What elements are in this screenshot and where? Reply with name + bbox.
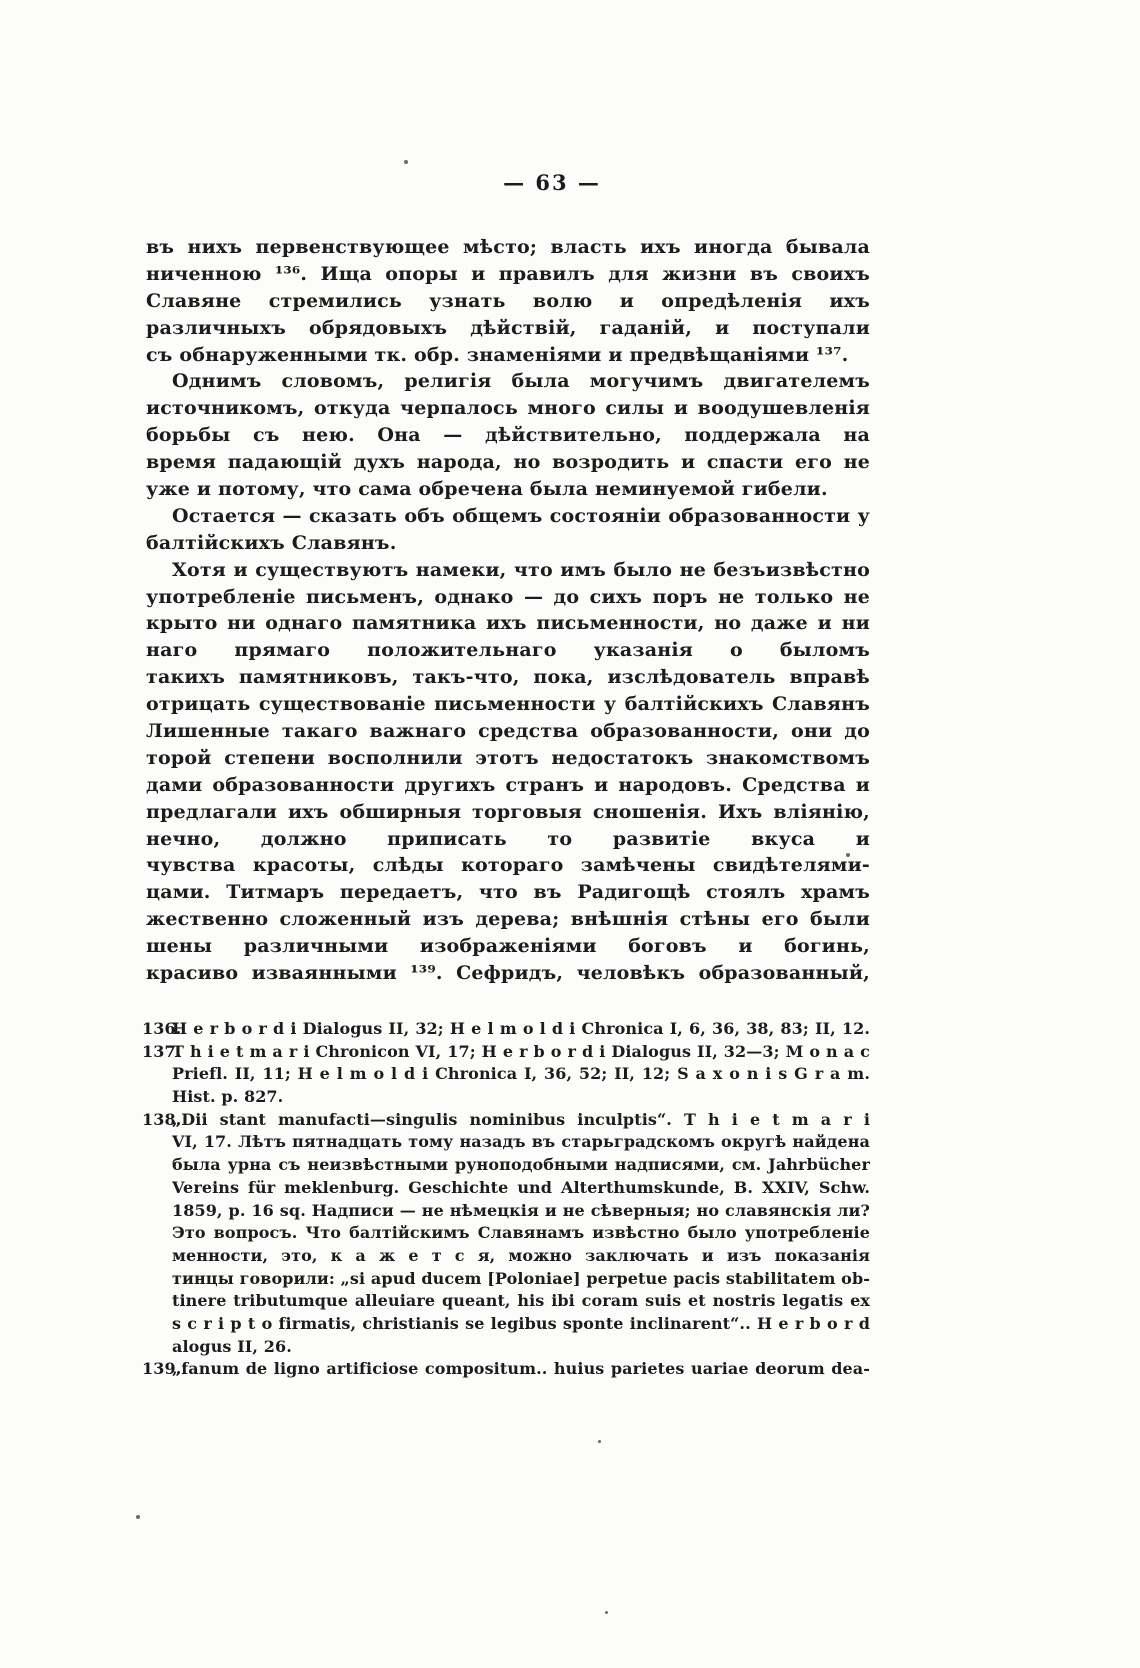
footnote-line: alogus II, 26. bbox=[172, 1336, 870, 1359]
text-line: жественно сложенный изъ дерева; внѣшнія … bbox=[146, 906, 870, 933]
paragraph: въ нихъ первенствующее мѣсто; власть ихъ… bbox=[146, 234, 870, 368]
scan-speck bbox=[846, 853, 850, 857]
text-line: нечно, должно приписать то развитіе вкус… bbox=[146, 826, 870, 853]
page-number-header: — 63 — bbox=[503, 170, 601, 195]
footnote-number: 139. bbox=[142, 1358, 181, 1381]
text-line: Хотя и существуютъ намеки, что имъ было … bbox=[146, 557, 870, 584]
footnote-line: H e r b o r d i Dialogus II, 32; H e l m… bbox=[172, 1018, 870, 1041]
scan-speck bbox=[136, 1515, 140, 1519]
text-line: отрицать существованіе письменности у ба… bbox=[146, 691, 870, 718]
text-line: Славяне стремились узнать волю и опредѣл… bbox=[146, 288, 870, 315]
scan-speck bbox=[404, 160, 408, 164]
scanned-book-page: — 63 — въ нихъ первенствующее мѣсто; вла… bbox=[0, 0, 1140, 1668]
footnote-line: „fanum de ligno artificiose compositum..… bbox=[172, 1358, 870, 1381]
text-line: торой степени восполнили этотъ недостато… bbox=[146, 745, 870, 772]
footnote-number: 138. bbox=[142, 1109, 181, 1132]
footnote-line: тинцы говорили: „si apud ducem [Poloniae… bbox=[172, 1268, 870, 1291]
footnote-line: s c r i p t o firmatis, christianis se l… bbox=[172, 1313, 870, 1336]
footnote-item: 137.T h i e t m a r i Chronicon VI, 17; … bbox=[142, 1041, 870, 1109]
text-line: красиво изваянными ¹³⁹. Сефридъ, человѣк… bbox=[146, 960, 870, 987]
text-line: источникомъ, откуда черпалось много силы… bbox=[146, 395, 870, 422]
footnote-line: Это вопросъ. Что балтійскимъ Славянамъ и… bbox=[172, 1222, 870, 1245]
text-line: ниченною ¹³⁶. Ища опоры и правилъ для жи… bbox=[146, 261, 870, 288]
footnote-line: tinere tributumque alleuiare queant, his… bbox=[172, 1290, 870, 1313]
text-line: шены различными изображеніями боговъ и б… bbox=[146, 933, 870, 960]
text-line: Лишенные такаго важнаго средства образов… bbox=[146, 718, 870, 745]
text-line: различныхъ обрядовыхъ дѣйствій, гаданій,… bbox=[146, 315, 870, 342]
paragraph: Остается — сказать объ общемъ состояніи … bbox=[146, 503, 870, 557]
footnote-line: Hist. p. 827. bbox=[172, 1086, 870, 1109]
text-line: Остается — сказать объ общемъ состояніи … bbox=[146, 503, 870, 530]
footnote-number: 136. bbox=[142, 1018, 181, 1041]
text-line: время падающій духъ народа, но возродить… bbox=[146, 449, 870, 476]
footnote-line: VI, 17. Лѣтъ пятнадцать тому назадъ въ с… bbox=[172, 1131, 870, 1154]
footnote-number: 137. bbox=[142, 1041, 181, 1064]
text-line: наго прямаго положительнаго указанія о б… bbox=[146, 637, 870, 664]
text-line: чувства красоты, слѣды котораго замѣчены… bbox=[146, 852, 870, 879]
footnote-line: T h i e t m a r i Chronicon VI, 17; H e … bbox=[172, 1041, 870, 1064]
text-line: уже и потому, что сама обречена была нем… bbox=[146, 476, 870, 503]
text-line: борьбы съ нею. Она — дѣйствительно, подд… bbox=[146, 422, 870, 449]
footnotes-section: 136.H e r b o r d i Dialogus II, 32; H e… bbox=[142, 1018, 870, 1381]
footnote-item: 138.„Dii stant manufacti—singulis nomini… bbox=[142, 1109, 870, 1359]
text-line: цами. Титмаръ передаетъ, что въ Радигощѣ… bbox=[146, 879, 870, 906]
text-line: Однимъ словомъ, религія была могучимъ дв… bbox=[146, 368, 870, 395]
scan-speck bbox=[598, 1440, 601, 1443]
footnote-line: менности, это, к а ж е т с я, можно закл… bbox=[172, 1245, 870, 1268]
footnote-line: была урна съ неизвѣстными руноподобными … bbox=[172, 1154, 870, 1177]
body-text: въ нихъ первенствующее мѣсто; власть ихъ… bbox=[146, 234, 870, 987]
footnote-line: Priefl. II, 11; H e l m o l d i Chronica… bbox=[172, 1063, 870, 1086]
footnote-line: „Dii stant manufacti—singulis nominibus … bbox=[172, 1109, 870, 1132]
text-line: употребленіе письменъ, однако — до сихъ … bbox=[146, 584, 870, 611]
text-line: балтійскихъ Славянъ. bbox=[146, 530, 870, 557]
paragraph: Однимъ словомъ, религія была могучимъ дв… bbox=[146, 368, 870, 502]
footnote-line: Vereins für meklenburg. Geschichte und A… bbox=[172, 1177, 870, 1200]
footnote-line: 1859, p. 16 sq. Надписи — не нѣмецкія и … bbox=[172, 1200, 870, 1223]
text-line: такихъ памятниковъ, такъ-что, пока, изсл… bbox=[146, 664, 870, 691]
footnote-item: 139.„fanum de ligno artificiose composit… bbox=[142, 1358, 870, 1381]
footnote-item: 136.H e r b o r d i Dialogus II, 32; H e… bbox=[142, 1018, 870, 1041]
text-line: предлагали ихъ обширныя торговыя сношені… bbox=[146, 799, 870, 826]
paragraph: Хотя и существуютъ намеки, что имъ было … bbox=[146, 557, 870, 987]
text-line: въ нихъ первенствующее мѣсто; власть ихъ… bbox=[146, 234, 870, 261]
text-line: крыто ни однаго памятника ихъ письменнос… bbox=[146, 610, 870, 637]
scan-speck bbox=[605, 1611, 608, 1614]
text-line: дами образованности другихъ странъ и нар… bbox=[146, 772, 870, 799]
text-line: съ обнаруженными тк. обр. знаменіями и п… bbox=[146, 342, 870, 369]
